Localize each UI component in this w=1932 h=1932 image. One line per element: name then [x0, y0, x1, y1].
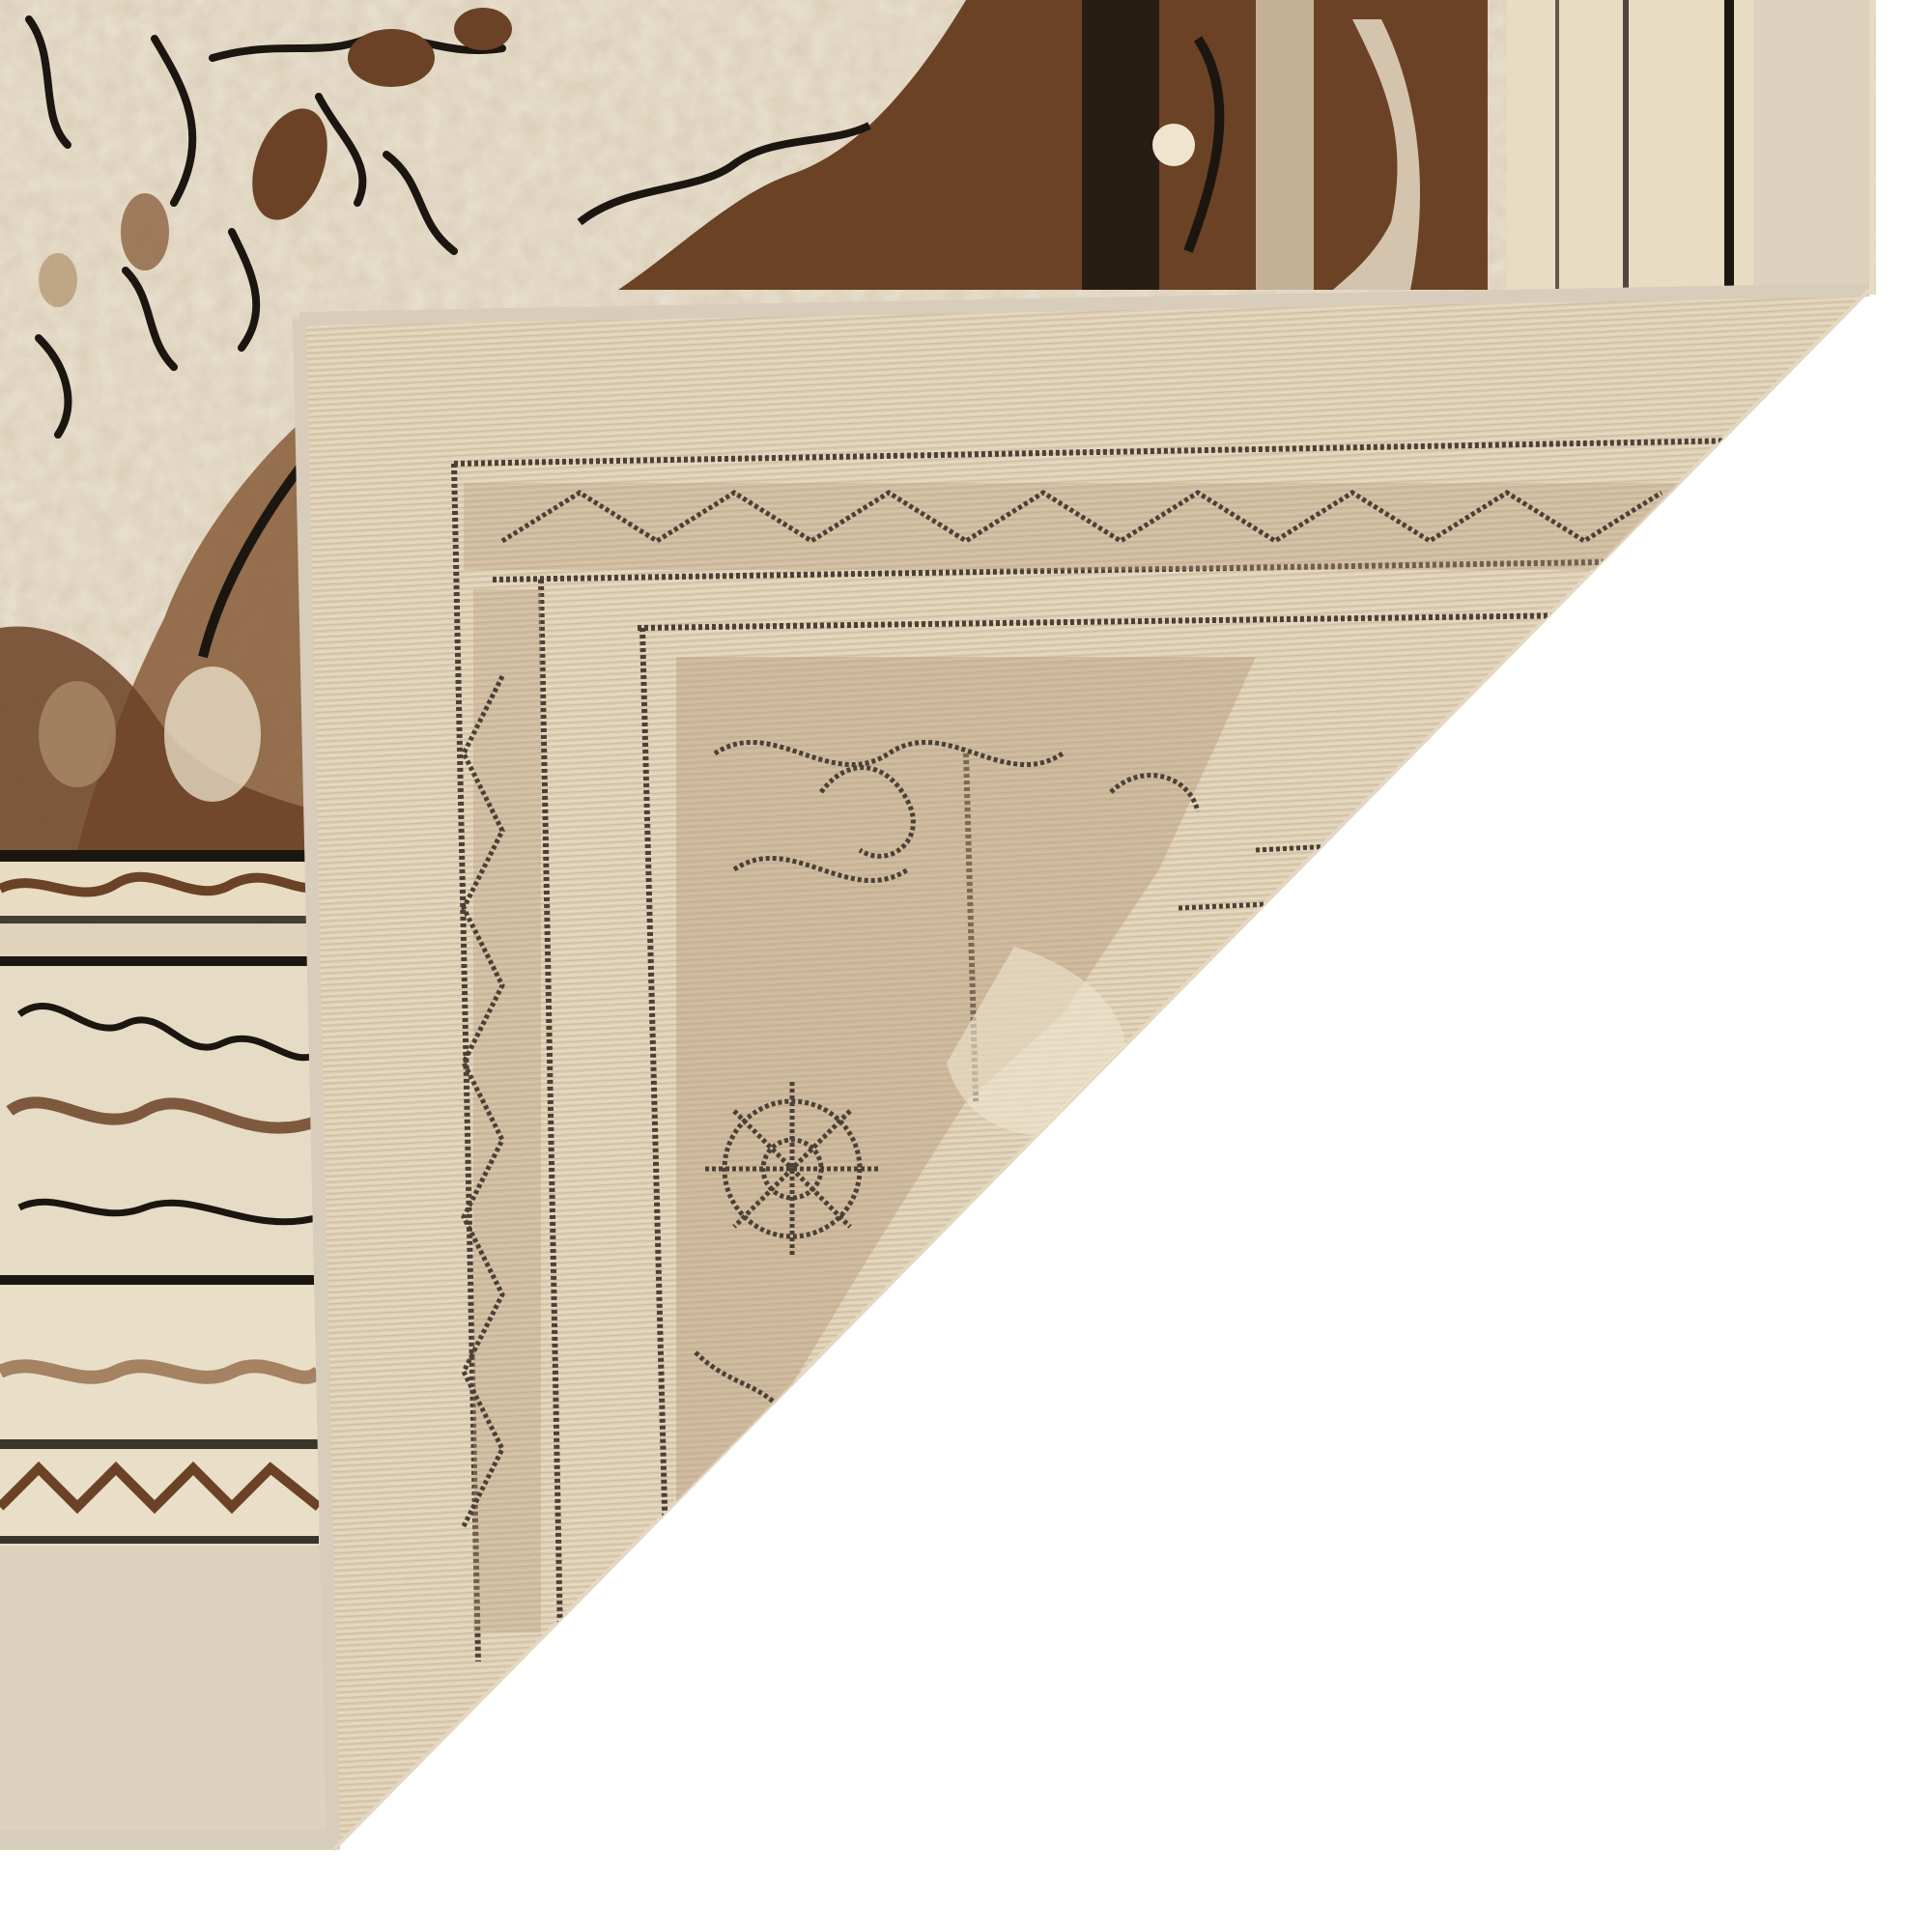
front-lower-border	[0, 850, 333, 1850]
rug-illustration	[0, 0, 1932, 1932]
front-right-border	[1507, 0, 1874, 295]
product-photo	[0, 0, 1932, 1932]
